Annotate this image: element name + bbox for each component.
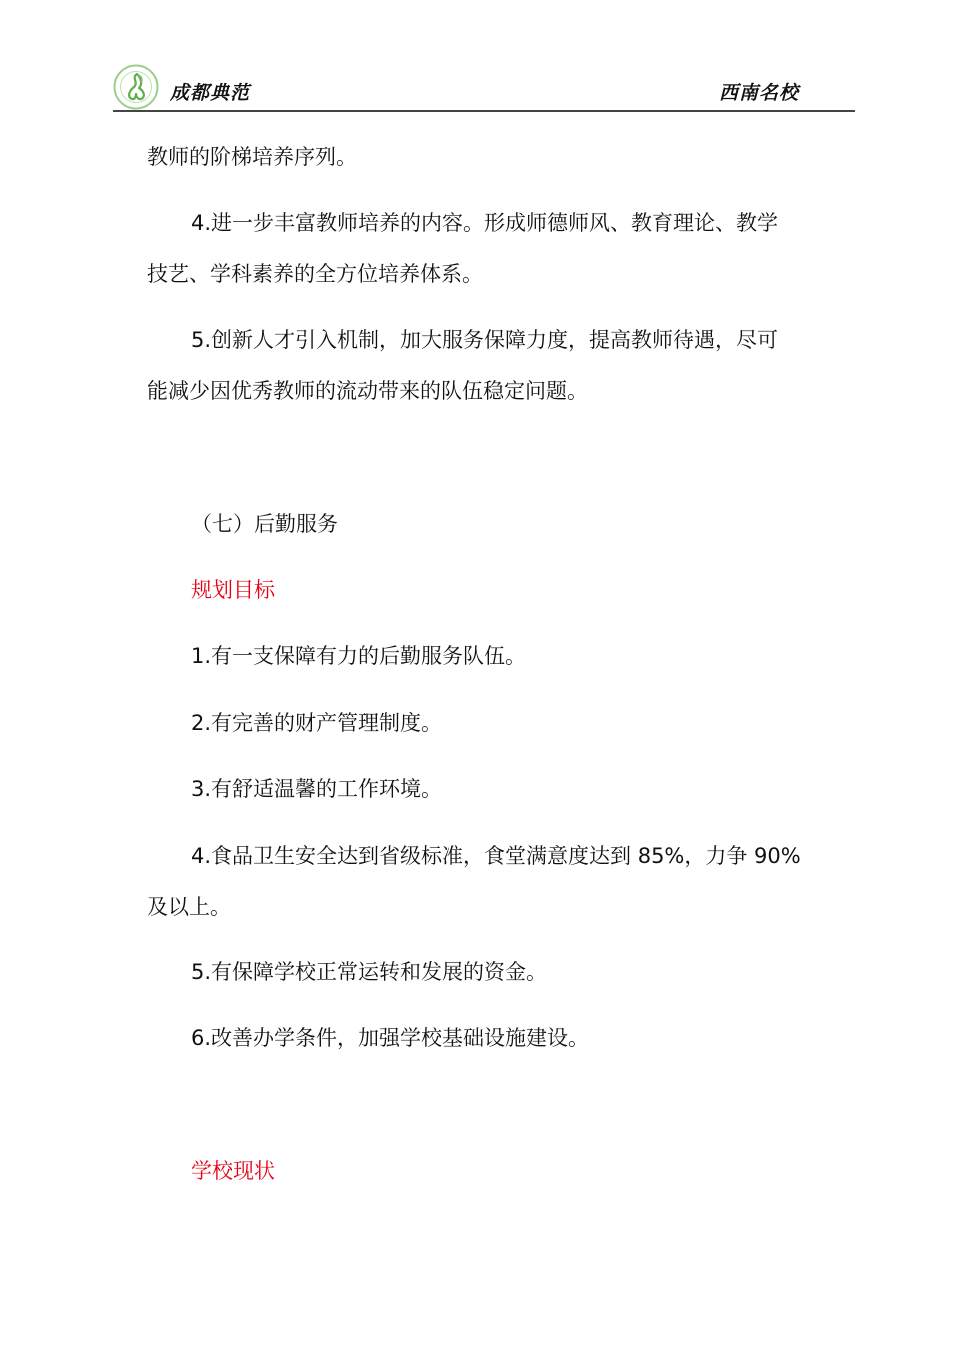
page-header: 成都典范 西南名校 [113, 62, 855, 112]
goal-item: 2.有完善的财产管理制度。 [191, 713, 442, 734]
brand-left-calligraphy: 成都典范 [170, 78, 250, 105]
paragraph-line: 技艺、学科素养的全方位培养体系。 [147, 264, 483, 285]
goal-item: 1.有一支保障有力的后勤服务队伍。 [191, 646, 526, 667]
goals-heading: 规划目标 [191, 580, 275, 601]
school-emblem-icon [113, 64, 159, 110]
goal-item: 4.食品卫生安全达到省级标准，食堂满意度达到 85%，力争 90% [191, 846, 801, 867]
paragraph-line: 教师的阶梯培养序列。 [147, 147, 357, 168]
paragraph-line: 能减少因优秀教师的流动带来的队伍稳定问题。 [147, 381, 588, 402]
header-divider [113, 110, 855, 112]
goal-item-continuation: 及以上。 [147, 897, 231, 918]
paragraph-line: 5.创新人才引入机制，加大服务保障力度，提高教师待遇，尽可 [191, 330, 778, 351]
brand-right-calligraphy: 西南名校 [719, 78, 799, 105]
goal-item: 5.有保障学校正常运转和发展的资金。 [191, 962, 547, 983]
section-title: （七）后勤服务 [191, 514, 338, 535]
status-heading: 学校现状 [191, 1161, 275, 1182]
goal-item: 3.有舒适温馨的工作环境。 [191, 779, 442, 800]
paragraph-line: 4.进一步丰富教师培养的内容。形成师德师风、教育理论、教学 [191, 213, 778, 234]
goal-item: 6.改善办学条件，加强学校基础设施建设。 [191, 1028, 589, 1049]
